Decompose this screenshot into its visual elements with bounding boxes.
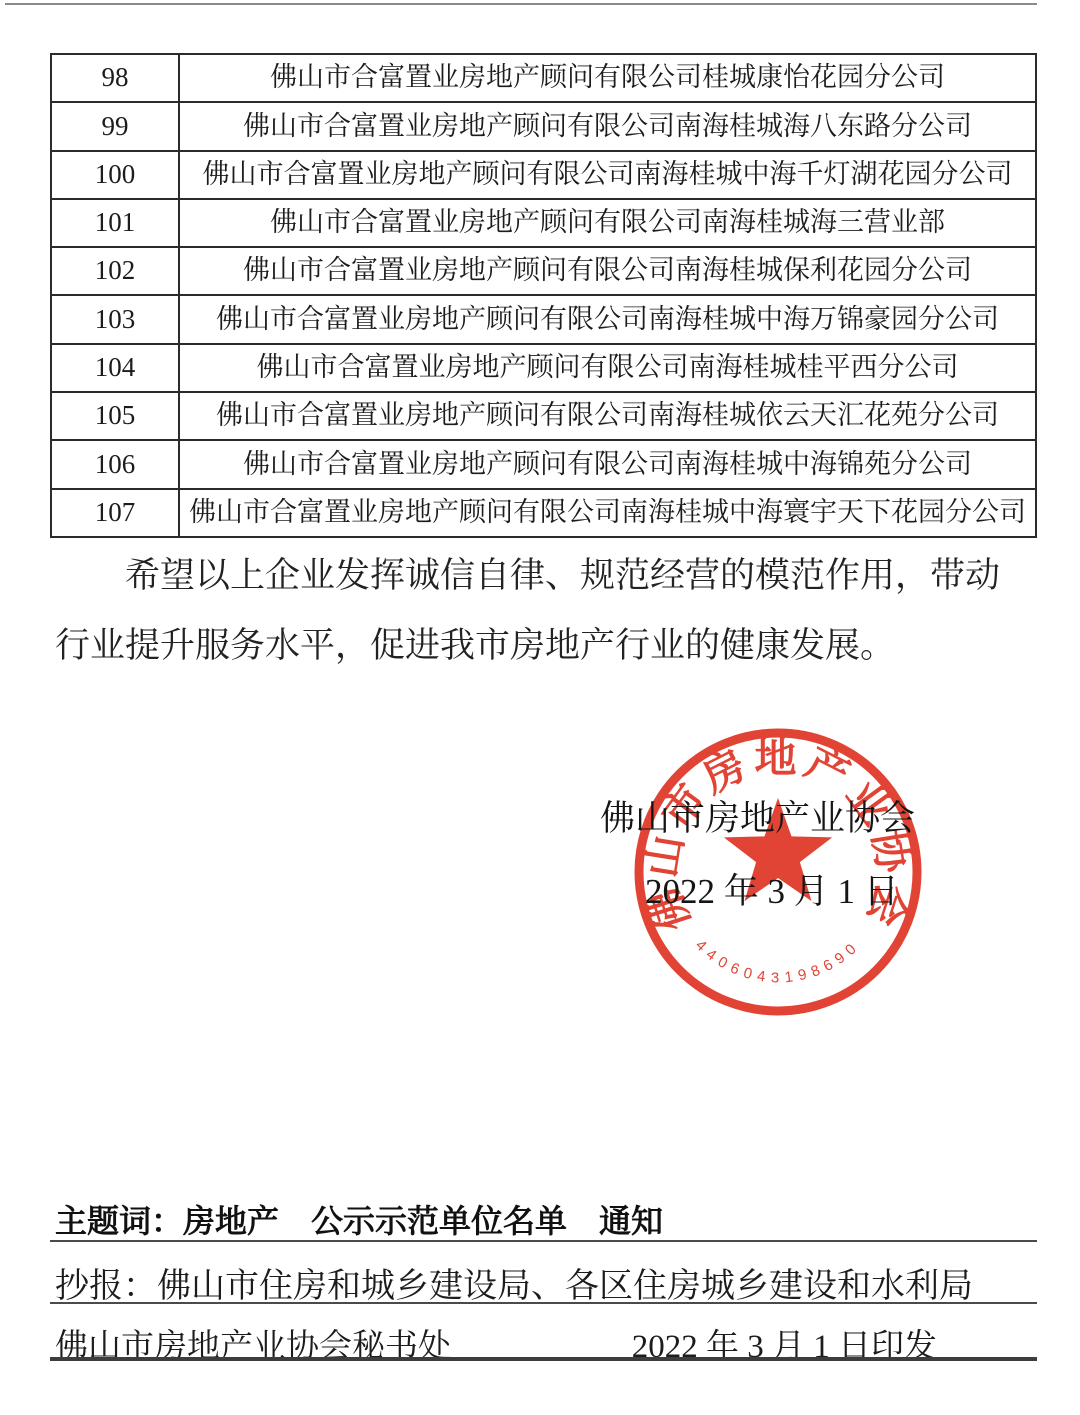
footer-divider-1	[50, 1240, 1037, 1242]
row-number-cell: 104	[51, 344, 179, 392]
row-number-cell: 105	[51, 392, 179, 440]
company-table-body: 98 佛山市合富置业房地产顾问有限公司桂城康怡花园分公司 99 佛山市合富置业房…	[51, 54, 1036, 537]
row-number-cell: 103	[51, 295, 179, 343]
row-number-cell: 101	[51, 199, 179, 247]
table-row: 101 佛山市合富置业房地产顾问有限公司南海桂城海三营业部	[51, 199, 1036, 247]
company-name-cell: 佛山市合富置业房地产顾问有限公司南海桂城中海千灯湖花园分公司	[179, 151, 1036, 199]
company-name-cell: 佛山市合富置业房地产顾问有限公司南海桂城保利花园分公司	[179, 247, 1036, 295]
row-number-cell: 98	[51, 54, 179, 102]
table-row: 107 佛山市合富置业房地产顾问有限公司南海桂城中海寰宇天下花园分公司	[51, 489, 1036, 537]
closing-paragraph: 希望以上企业发挥诚信自律、规范经营的模范作用，带动行业提升服务水平，促进我市房地…	[55, 541, 1017, 681]
company-name-cell: 佛山市合富置业房地产顾问有限公司桂城康怡花园分公司	[179, 54, 1036, 102]
company-name-cell: 佛山市合富置业房地产顾问有限公司南海桂城中海万锦豪园分公司	[179, 295, 1036, 343]
company-name-cell: 佛山市合富置业房地产顾问有限公司南海桂城桂平西分公司	[179, 344, 1036, 392]
table-row: 105 佛山市合富置业房地产顾问有限公司南海桂城依云天汇花苑分公司	[51, 392, 1036, 440]
document-page: 98 佛山市合富置业房地产顾问有限公司桂城康怡花园分公司 99 佛山市合富置业房…	[0, 0, 1080, 1415]
table-row: 99 佛山市合富置业房地产顾问有限公司南海桂城海八东路分公司	[51, 102, 1036, 150]
signoff-date: 2022 年 3 月 1 日	[645, 864, 899, 914]
table-row: 100 佛山市合富置业房地产顾问有限公司南海桂城中海千灯湖花园分公司	[51, 151, 1036, 199]
company-name-cell: 佛山市合富置业房地产顾问有限公司南海桂城中海锦苑分公司	[179, 440, 1036, 488]
footer-divider-3	[50, 1357, 1037, 1361]
company-name-cell: 佛山市合富置业房地产顾问有限公司南海桂城依云天汇花苑分公司	[179, 392, 1036, 440]
page-top-divider	[5, 3, 1037, 5]
footer-divider-2	[50, 1302, 1037, 1304]
seal-serial-number: 4406043198690	[692, 937, 864, 987]
row-number-cell: 107	[51, 489, 179, 537]
company-name-cell: 佛山市合富置业房地产顾问有限公司南海桂城中海寰宇天下花园分公司	[179, 489, 1036, 537]
table-row: 104 佛山市合富置业房地产顾问有限公司南海桂城桂平西分公司	[51, 344, 1036, 392]
signoff-organization: 佛山市房地产业协会	[600, 791, 915, 841]
row-number-cell: 102	[51, 247, 179, 295]
cc-report-line: 抄报：佛山市住房和城乡建设局、各区住房城乡建设和水利局	[55, 1258, 973, 1307]
row-number-cell: 106	[51, 440, 179, 488]
table-row: 102 佛山市合富置业房地产顾问有限公司南海桂城保利花园分公司	[51, 247, 1036, 295]
row-number-cell: 100	[51, 151, 179, 199]
subject-keywords-line: 主题词：房地产 公示示范单位名单 通知	[55, 1196, 663, 1242]
table-row: 103 佛山市合富置业房地产顾问有限公司南海桂城中海万锦豪园分公司	[51, 295, 1036, 343]
row-number-cell: 99	[51, 102, 179, 150]
table-row: 106 佛山市合富置业房地产顾问有限公司南海桂城中海锦苑分公司	[51, 440, 1036, 488]
company-name-cell: 佛山市合富置业房地产顾问有限公司南海桂城海八东路分公司	[179, 102, 1036, 150]
company-name-cell: 佛山市合富置业房地产顾问有限公司南海桂城海三营业部	[179, 199, 1036, 247]
table-row: 98 佛山市合富置业房地产顾问有限公司桂城康怡花园分公司	[51, 54, 1036, 102]
company-table: 98 佛山市合富置业房地产顾问有限公司桂城康怡花园分公司 99 佛山市合富置业房…	[50, 53, 1037, 538]
